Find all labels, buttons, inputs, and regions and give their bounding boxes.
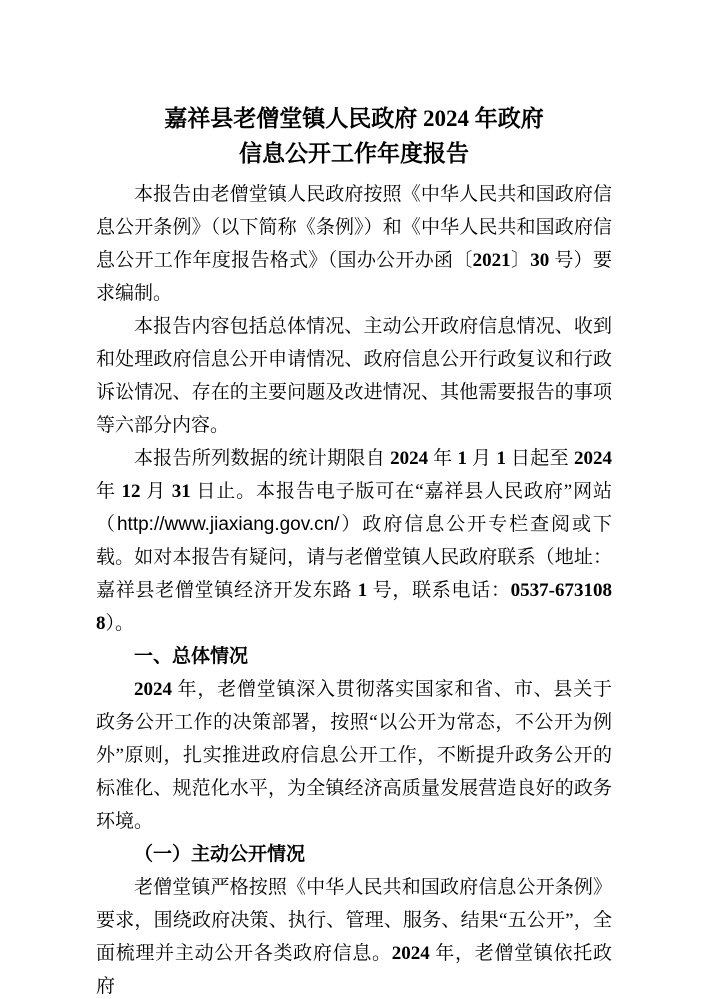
section-heading-overall-situation: 一、总体情况 <box>96 640 612 673</box>
document-page: 嘉祥县老僧堂镇人民政府 2024 年政府 信息公开工作年度报告 本报告由老僧堂镇… <box>0 0 707 999</box>
document-title: 嘉祥县老僧堂镇人民政府 2024 年政府 信息公开工作年度报告 <box>96 101 612 171</box>
paragraph-report-contents: 本报告内容包括总体情况、主动公开政府信息情况、收到和处理政府信息公开申请情况、政… <box>96 310 612 442</box>
paragraph-preparation-basis: 本报告由老僧堂镇人民政府按照《中华人民共和国政府信息公开条例》（以下简称《条例》… <box>96 178 612 310</box>
paragraph-statistics-period-contact: 本报告所列数据的统计期限自 2024 年 1 月 1 日起至 2024 年 12… <box>96 442 612 640</box>
document-title-line-1: 嘉祥县老僧堂镇人民政府 2024 年政府 <box>164 106 544 131</box>
paragraph-overall-situation: 2024 年，老僧堂镇深入贯彻落实国家和省、市、县关于政务公开工作的决策部署，按… <box>96 673 612 838</box>
document-title-line-2: 信息公开工作年度报告 <box>239 141 469 166</box>
paragraph-proactive-disclosure: 老僧堂镇严格按照《中华人民共和国政府信息公开条例》要求，围绕政府决策、执行、管理… <box>96 871 612 999</box>
subsection-heading-proactive-disclosure: （一）主动公开情况 <box>96 838 612 871</box>
document-content: 嘉祥县老僧堂镇人民政府 2024 年政府 信息公开工作年度报告 本报告由老僧堂镇… <box>96 101 612 999</box>
